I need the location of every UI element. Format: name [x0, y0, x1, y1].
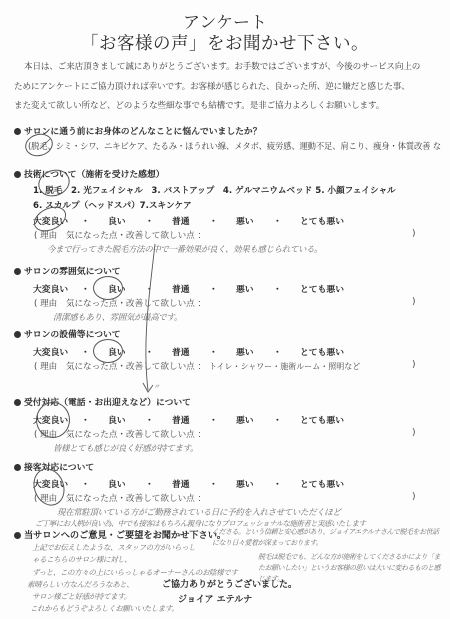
rating-option-bad[interactable]: 悪い	[236, 345, 273, 358]
bullet-icon	[14, 331, 21, 338]
rating-option-very-bad[interactable]: とても悪い	[300, 477, 344, 490]
rating-technique: 大変良い ・ 良い ・ 普通 ・ 悪い ・ とても悪い	[33, 214, 344, 227]
reason-label: ( 理由 気になった点・改善して欲しい点 ：	[34, 428, 206, 440]
handwritten-reception-comment: 皆様とても感じが良く好感が持てます。	[53, 442, 198, 454]
rating-option-good[interactable]: 良い	[108, 477, 145, 490]
rating-option-very-good[interactable]: 大変良い	[33, 345, 81, 358]
handwritten-service-comment-1: 現在常駐頂いている方がご勤務されている日に予約を入れさせていただくほど	[57, 506, 341, 518]
reason-label: ( 理由 気になった点・改善して欲しい点 ：	[34, 297, 206, 309]
handwritten-feedback-right-1: くださる。という信頼と安心感があり、ジョイアエテルナさんで脱毛をお世話になり日々…	[212, 527, 444, 549]
rating-option-normal[interactable]: 普通	[172, 413, 209, 426]
rating-option-very-bad[interactable]: とても悪い	[300, 282, 344, 295]
reason-label: ( 理由 気になった点・改善して欲しい点 ：	[34, 229, 206, 241]
rating-option-very-good[interactable]: 大変良い	[33, 282, 81, 295]
question-feedback: 当サロンへのご意見・ご要望をお聞かせ下さい。	[14, 527, 226, 541]
bullet-icon	[14, 268, 21, 275]
technique-menu-line-1: 1. 脱毛 2. 光フェイシャル 3. バストアップ 4. ゲルマニウムベッド …	[33, 184, 396, 196]
bullet-icon	[14, 464, 21, 471]
rating-option-normal[interactable]: 普通	[172, 345, 209, 358]
rating-option-bad[interactable]: 悪い	[236, 413, 273, 426]
bullet-icon	[14, 171, 21, 178]
rating-option-good[interactable]: 良い	[108, 214, 145, 227]
concerns-options: (脱毛、シミ・シワ、ニキビケア、たるみ・ほうれい線、メタボ、疲労感、運動不足、肩…	[28, 140, 441, 152]
rating-option-bad[interactable]: 悪い	[236, 477, 273, 490]
document-subtitle: 「お客様の声」をお聞かせ下さい。	[0, 30, 450, 55]
closing-thanks: ご協力ありがとうございました。	[162, 577, 297, 590]
arrow-head-icon	[143, 383, 153, 392]
intro-line-1: 本日は、ご来店頂きまして誠にありがとうございます。お手数ではございますが、今後の…	[24, 60, 420, 72]
handwritten-atmosphere-comment: 清潔感もあり、雰囲気が最高です。	[53, 311, 182, 323]
rating-reception: 大変良い ・ 良い ・ 普通 ・ 悪い ・ とても悪い	[33, 413, 344, 426]
rating-customer-service: 大変良い ・ 良い ・ 普通 ・ 悪い ・ とても悪い	[33, 477, 344, 490]
rating-option-normal[interactable]: 普通	[172, 477, 209, 490]
handwritten-feedback-left-5: これからもどうぞよろしくお願いいたします。	[30, 603, 179, 614]
reason-label: ( 理由 気になった点・改善して欲しい点 ： トイレ・シャワー・施術ルーム・照明…	[34, 360, 360, 372]
question-concerns: サロンに通う前にお身体のどんなことに悩んでいましたか？	[14, 124, 262, 137]
rating-option-very-bad[interactable]: とても悪い	[300, 214, 344, 227]
rating-option-bad[interactable]: 悪い	[236, 214, 273, 227]
facilities-hint: トイレ・シャワー・施術ルーム・照明など	[209, 362, 360, 371]
question-facilities: サロンの設備等について	[14, 327, 121, 340]
intro-line-3: また変えて欲しい所など、どのような些細な事でも結構です。是非ご協力よろしくお願い…	[14, 99, 384, 111]
intro-line-2: ためにアンケートにご協力頂ければ幸いです。お客様が感じられた、良かった所、逆に嫌…	[14, 80, 410, 92]
handwritten-ditto-mark: 〃	[153, 382, 160, 392]
rating-option-very-bad[interactable]: とても悪い	[300, 345, 344, 358]
rating-atmosphere: 大変良い ・ 良い ・ 普通 ・ 悪い ・ とても悪い	[33, 282, 344, 295]
question-atmosphere: サロンの雰囲気について	[14, 264, 121, 277]
rating-option-good[interactable]: 良い	[108, 413, 145, 426]
rating-option-normal[interactable]: 普通	[172, 214, 209, 227]
bullet-icon	[14, 128, 21, 135]
rating-option-bad[interactable]: 悪い	[236, 282, 273, 295]
bullet-icon	[14, 399, 21, 406]
handwritten-feedback-left-3: 素晴らしい方なんだろうなあと、	[27, 579, 134, 590]
handwritten-technique-comment: 今まで行ってきた脱毛方法の中で一番効果が良く、効果も感じられている。	[47, 243, 322, 255]
rating-option-normal[interactable]: 普通	[172, 282, 209, 295]
handwritten-feedback-left-4: サロン様ごと好感が持てます。	[32, 591, 131, 602]
bullet-icon	[14, 532, 21, 539]
rating-option-very-bad[interactable]: とても悪い	[300, 413, 344, 426]
question-technique: 技術について（施術を受けた感想）	[14, 167, 165, 180]
handwritten-feedback-left-1: 上記でお伝えしたような、スタッフの方がいらっしゃるこちらのサロン様に対し、	[32, 542, 202, 566]
rating-facilities: 大変良い ・ 良い ・ 普通 ・ 悪い ・ とても悪い	[33, 345, 344, 358]
salon-name: ジョイア エテルナ	[178, 592, 252, 605]
reason-label: ( 理由 気になった点・改善して欲しい点 ：	[34, 492, 206, 504]
